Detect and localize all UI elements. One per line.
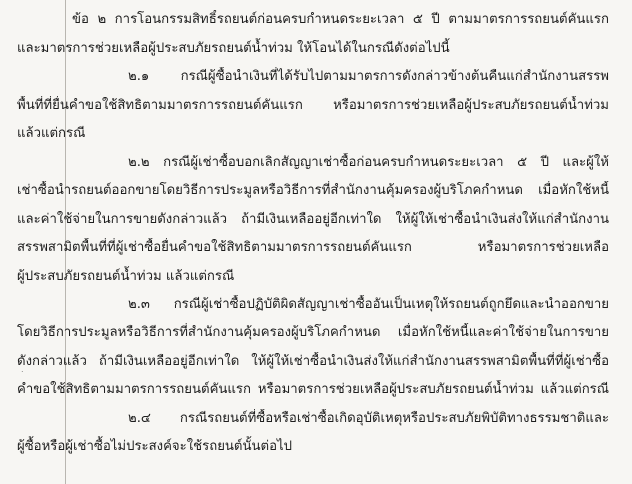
item-2-2-line-3: และค่าใช้จ่ายในการขายดังกล่าวแล้ว ถ้ามีเ… [17,210,609,230]
clause-heading-continuation: และมาตรการช่วยเหลือผู้ประสบภัยรถยนต์น้ำท… [17,39,450,59]
item-2-3-line-3: ดังกล่าวแล้ว ถ้ามีเงินเหลืออยู่อีกเท่าใด… [17,352,609,372]
item-2-1-line-1: ๒.๑ กรณีผู้ซื้อนำเงินที่ได้รับไปตามมาตรก… [128,67,609,87]
item-2-2-line-5: ผู้ประสบภัยรถยนต์น้ำท่วม แล้วแต่กรณี [17,267,234,287]
item-2-3-line-1: ๒.๓ กรณีผู้เช่าซื้อปฏิบัติผิดสัญญาเช่าซื… [128,295,609,315]
clause-heading: ข้อ ๒ การโอนกรรมสิทธิ์รถยนต์ก่อนครบกำหนด… [72,10,609,30]
item-2-3-line-4: คำขอใช้สิทธิตามมาตรการรถยนต์คันแรก หรือม… [17,380,609,400]
item-2-4-line-1: ๒.๔ กรณีรถยนต์ที่ซื้อหรือเช่าซื้อเกิดอุบ… [128,409,609,429]
scanned-document-page: ข้อ ๒ การโอนกรรมสิทธิ์รถยนต์ก่อนครบกำหนด… [0,0,632,484]
item-2-1-line-3: แล้วแต่กรณี [17,124,85,144]
item-2-2-line-4: สรรพสามิตพื้นที่ที่ผู้เช่าซื้อยื่นคำขอใช… [17,238,609,258]
item-2-3-line-2: โดยวิธีการประมูลหรือวิธีการที่สำนักงานคุ… [17,323,609,343]
item-2-1-line-2: พื้นที่ที่ยื่นคำขอใช้สิทธิตามมาตรการรถยน… [17,96,609,116]
item-2-4-line-2: ผู้ซื้อหรือผู้เช่าซื้อไม่ประสงค์จะใช้รถย… [17,437,292,457]
item-2-2-line-2: เช่าซื้อนำรถยนต์ออกขายโดยวิธีการประมูลหร… [17,181,609,201]
item-2-2-line-1: ๒.๒ กรณีผู้เช่าซื้อบอกเลิกสัญญาเช่าซื้อก… [128,153,609,173]
